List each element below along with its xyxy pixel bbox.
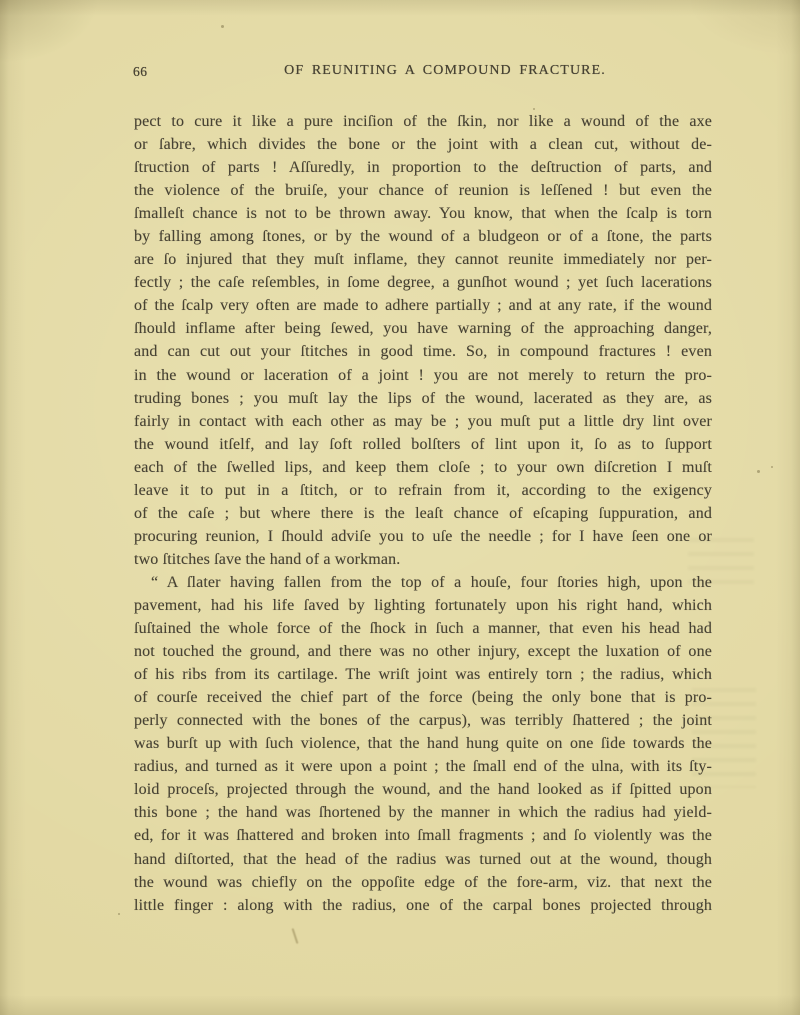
text-line: the violence of the bruiſe, your chance … (134, 179, 712, 202)
text-line: fairly in contact with each other as may… (134, 410, 712, 433)
text-line: of courſe received the chief part of the… (134, 686, 712, 709)
text-line: ſtruction of parts ! Aſſuredly, in propo… (134, 156, 712, 179)
text-line: or ſabre, which divides the bone or the … (134, 133, 712, 156)
text-line: are ſo injured that they muſt inflame, t… (134, 248, 712, 271)
text-line: in the wound or laceration of a joint ! … (134, 364, 712, 387)
text-line: pavement, had his life ſaved by lighting… (134, 594, 712, 617)
text-line: was burſt up with ſuch violence, that th… (134, 732, 712, 755)
text-line: of the caſe ; but where there is the lea… (134, 502, 712, 525)
text-line: perly connected with the bones of the ca… (134, 709, 712, 732)
text-line: ed, for it was ſhattered and broken into… (134, 824, 712, 847)
running-header: OF REUNITING A COMPOUND FRACTURE. (150, 63, 740, 79)
text-line: loid proceſs, projected through the woun… (134, 778, 712, 801)
text-line: each of the ſwelled lips, and keep them … (134, 456, 712, 479)
text-line: hand diſtorted, that the head of the rad… (134, 848, 712, 871)
text-line: radius, and turned as it were upon a poi… (134, 755, 712, 778)
bleed-through-ghost (692, 688, 756, 788)
text-line: ſmalleſt chance is not to be thrown away… (134, 202, 712, 225)
page-number: 66 (133, 64, 148, 80)
text-line: of the ſcalp very often are made to adhe… (134, 294, 712, 317)
bleed-through-ghost (688, 538, 754, 584)
text-line: and can cut out your ſtitches in good ti… (134, 340, 712, 363)
paper-speck (757, 470, 760, 473)
text-line: ſhould inflame after being ſewed, you ha… (134, 317, 712, 340)
text-line: pect to cure it like a pure inciſion of … (134, 110, 712, 133)
text-line: not touched the ground, and there was no… (134, 640, 712, 663)
paper-speck (221, 25, 224, 28)
pen-mark (292, 928, 299, 944)
text-line: truding bones ; you muſt lay the lips of… (134, 387, 712, 410)
text-line: this bone ; the hand was ſhortened by th… (134, 801, 712, 824)
text-line: little finger : along with the radius, o… (134, 894, 712, 917)
text-line: ſuſtained the whole force of the ſhock i… (134, 617, 712, 640)
paper-speck (533, 108, 535, 110)
text-line: of his ribs from its cartilage. The wriſ… (134, 663, 712, 686)
paper-speck (771, 466, 773, 468)
text-line: leave it to put in a ſtitch, or to refra… (134, 479, 712, 502)
text-line: “ A ſlater having fallen from the top of… (134, 571, 712, 594)
text-line: by falling among ſtones, or by the wound… (134, 225, 712, 248)
text-line: the wound was chiefly on the oppoſite ed… (134, 871, 712, 894)
paper-speck (118, 913, 120, 915)
book-page-scan: 66 OF REUNITING A COMPOUND FRACTURE. pec… (0, 0, 800, 1015)
text-line: the wound itſelf, and lay ſoft rolled bo… (134, 433, 712, 456)
text-line: two ſtitches ſave the hand of a workman. (134, 548, 712, 571)
text-line: procuring reunion, I ſhould adviſe you t… (134, 525, 712, 548)
body-text: pect to cure it like a pure inciſion of … (134, 110, 712, 917)
text-line: fectly ; the caſe reſembles, in ſome deg… (134, 271, 712, 294)
